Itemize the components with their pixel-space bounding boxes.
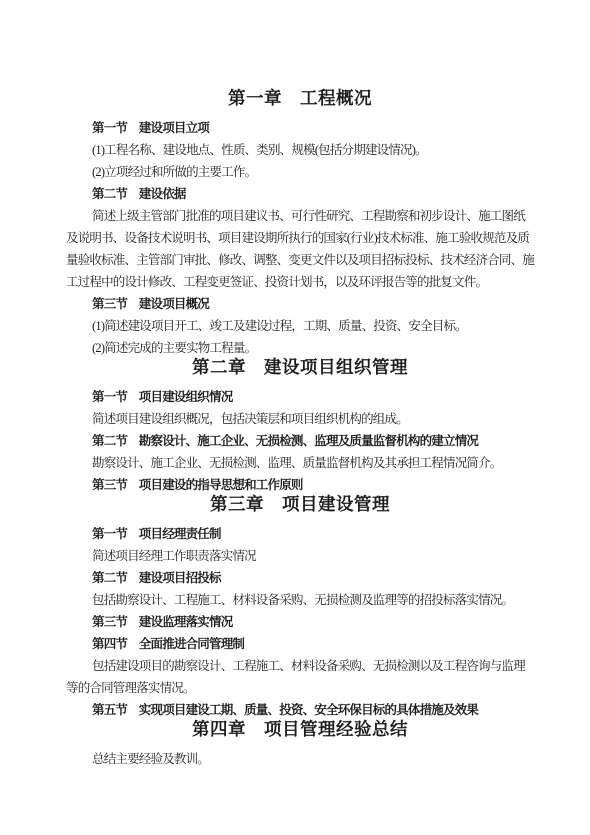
section-heading: 第二节 建设项目招投标 — [66, 567, 534, 589]
paragraph: (1)简述建设项目开工、竣工及建设过程，工期、质量、投资、安全目标。 — [66, 315, 534, 337]
section-heading: 第三节 建设项目概况 — [66, 293, 534, 315]
paragraph: (2)立项经过和所做的主要工作。 — [66, 161, 534, 183]
document-content: 第一章 工程概况第一节 建设项目立项(1)工程名称、建设地点、性质、类别、规模(… — [0, 0, 590, 770]
paragraph: 简述上级主管部门批准的项目建议书、可行性研究、工程勘察和初步设计、施工图纸及说明… — [66, 205, 534, 293]
paragraph: 包括勘察设计、工程施工、材料设备采购、无损检测及监理等的招投标落实情况。 — [66, 589, 534, 611]
section-heading: 第三节 建设监理落实情况 — [66, 611, 534, 633]
section-heading: 第四节 全面推进合同管理制 — [66, 633, 534, 655]
chapter-heading: 第一章 工程概况 — [66, 85, 534, 111]
paragraph: 简述项目经理工作职责落实情况 — [66, 545, 534, 567]
paragraph: 勘察设计、施工企业、无损检测、监理、质量监督机构及其承担工程情况简介。 — [66, 452, 534, 474]
section-heading: 第二节 建设依据 — [66, 183, 534, 205]
document-page: 第一章 工程概况第一节 建设项目立项(1)工程名称、建设地点、性质、类别、规模(… — [0, 0, 590, 835]
section-heading: 第一节 项目经理责任制 — [66, 523, 534, 545]
paragraph: 简述项目建设组织概况，包括决策层和项目组织机构的组成。 — [66, 408, 534, 430]
paragraph: 总结主要经验及教训。 — [66, 748, 534, 770]
paragraph: 包括建设项目的勘察设计、工程施工、材料设备采购、无损检测以及工程咨询与监理等的合… — [66, 655, 534, 699]
section-heading: 第一节 项目建设组织情况 — [66, 386, 534, 408]
section-heading: 第一节 建设项目立项 — [66, 117, 534, 139]
section-heading: 第二节 勘察设计、施工企业、无损检测、监理及质量监督机构的建立情况 — [66, 430, 534, 452]
paragraph: (1)工程名称、建设地点、性质、类别、规模(包括分期建设情况)。 — [66, 139, 534, 161]
